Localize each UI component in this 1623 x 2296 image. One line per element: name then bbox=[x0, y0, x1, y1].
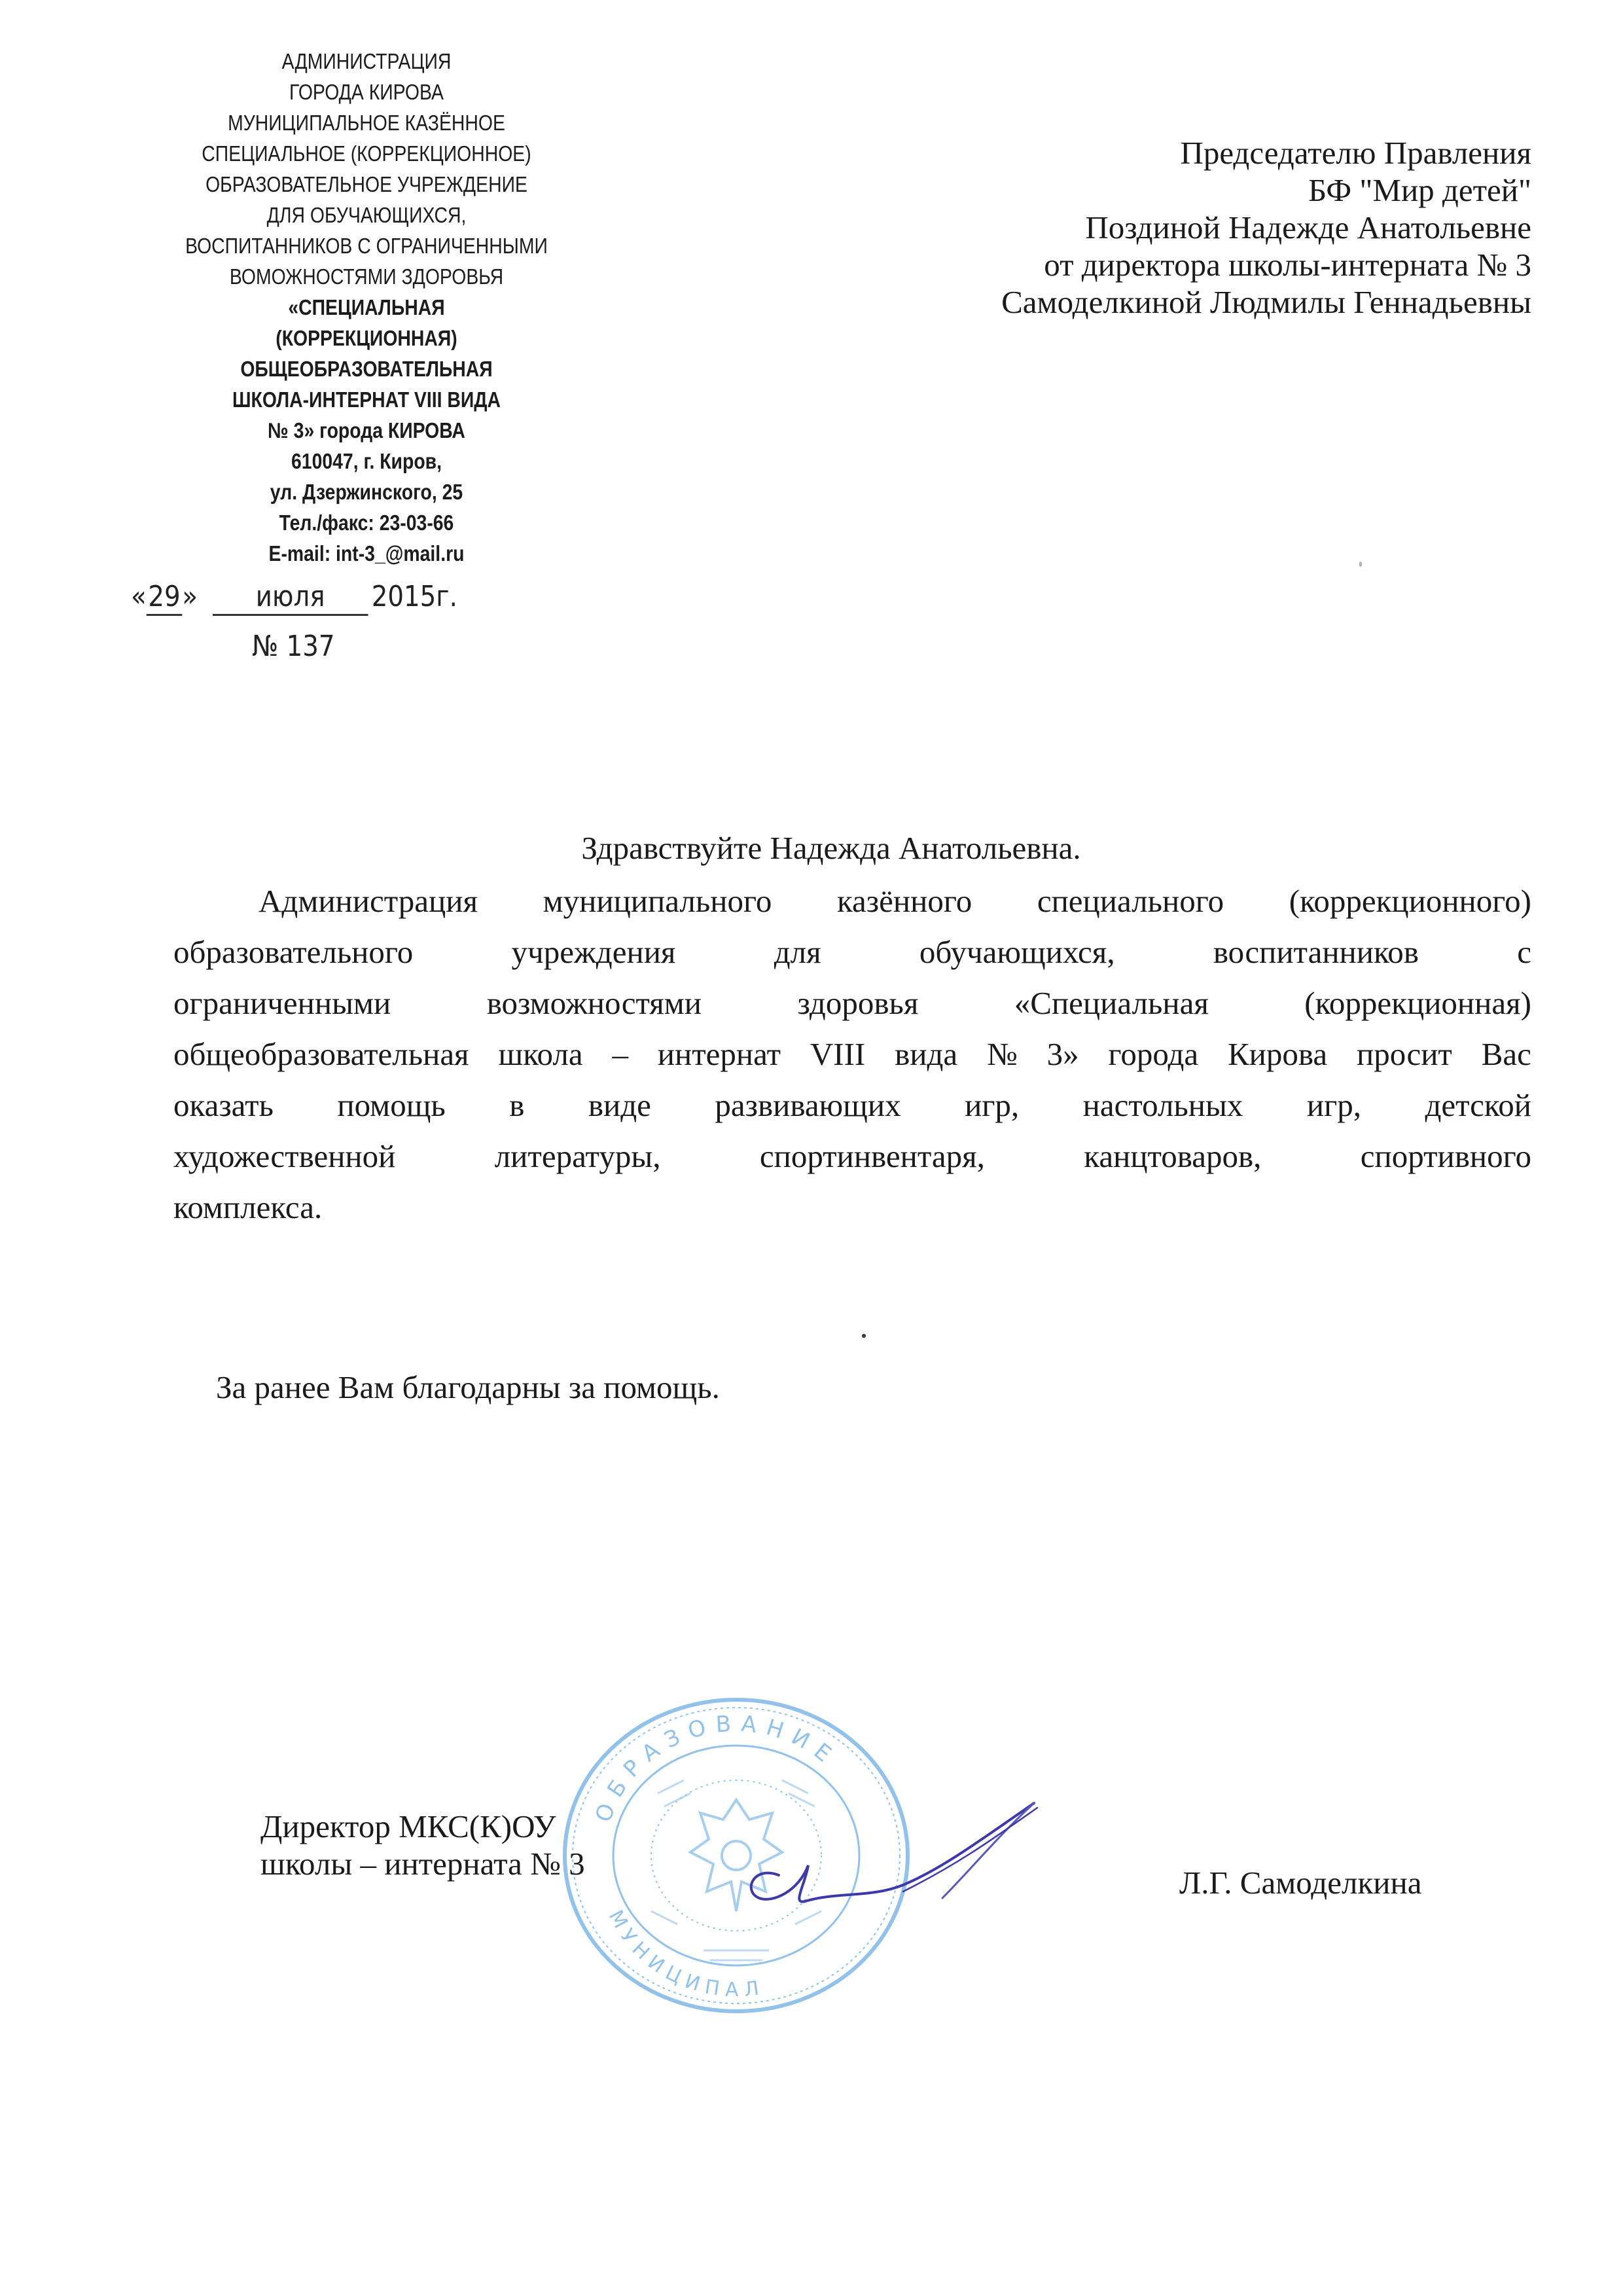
body-word: «Специальная bbox=[1014, 978, 1209, 1029]
body-word: спортивного bbox=[1361, 1131, 1531, 1182]
greeting: Здравствуйте Надежда Анатольевна. bbox=[0, 829, 1623, 868]
addressee-line: Председателю Правления bbox=[811, 134, 1531, 171]
body-word: литературы, bbox=[495, 1131, 661, 1182]
letterhead-line: ОБРАЗОВАТЕЛЬНОЕ УЧРЕЖДЕНИЕ bbox=[135, 169, 597, 200]
body-word: просит bbox=[1357, 1029, 1452, 1080]
body-word: в bbox=[509, 1080, 524, 1131]
body-word: VIII bbox=[810, 1029, 865, 1080]
signatory-name: Л.Г. Самоделкина bbox=[1179, 1864, 1421, 1901]
body-word: ограниченными bbox=[173, 978, 391, 1029]
letterhead-line: ВОМОЖНОСТЯМИ ЗДОРОВЬЯ bbox=[135, 261, 597, 292]
addressee-line: БФ "Мир детей" bbox=[811, 171, 1531, 209]
body-word: детской bbox=[1425, 1080, 1531, 1131]
body-line: ограниченнымивозможностямиздоровья«Специ… bbox=[173, 978, 1531, 1029]
date-month: июля bbox=[213, 580, 368, 616]
body-word: спортинвентаря, bbox=[760, 1131, 985, 1182]
letterhead-school-name: «СПЕЦИАЛЬНАЯ bbox=[135, 292, 597, 323]
body-line: оказатьпомощьввидеразвивающихигр,настоль… bbox=[173, 1080, 1531, 1131]
letterhead-line: ВОСПИТАННИКОВ С ОГРАНИЧЕННЫМИ bbox=[135, 230, 597, 261]
body-word: муниципального bbox=[543, 876, 772, 927]
body-word: казённого bbox=[837, 876, 972, 927]
letterhead-address: ул. Дзержинского, 25 bbox=[135, 476, 597, 507]
body-word: образовательного bbox=[173, 927, 413, 978]
date-year: 2015г. bbox=[372, 580, 457, 613]
letterhead-line: ДЛЯ ОБУЧАЮЩИХСЯ, bbox=[135, 200, 597, 230]
signatory-title-line-2: школы – интерната № 3 bbox=[260, 1845, 585, 1882]
signatory-title-line-1: Директор МКС(К)ОУ bbox=[260, 1808, 585, 1845]
document-date: «29»июля2015г. bbox=[131, 577, 457, 617]
body-word: вида bbox=[895, 1029, 957, 1080]
body-word: учреждения bbox=[512, 927, 676, 978]
body-word: здоровья bbox=[797, 978, 918, 1029]
body-word: специального bbox=[1037, 876, 1224, 927]
closing-thanks: За ранее Вам благодарны за помощь. bbox=[216, 1368, 720, 1407]
scan-speck bbox=[1359, 562, 1362, 567]
addressee-line: Самоделкиной Людмилы Геннадьевны bbox=[811, 283, 1531, 321]
letterhead-email: E-mail: int-3_@mail.ru bbox=[135, 538, 597, 569]
body-word: виде bbox=[588, 1080, 651, 1131]
body-line: образовательногоучреждениядляобучающихся… bbox=[173, 927, 1531, 978]
body-word: воспитанников bbox=[1213, 927, 1419, 978]
handwritten-signature-icon bbox=[707, 1793, 1047, 1924]
letterhead-school-name: ОБЩЕОБРАЗОВАТЕЛЬНАЯ bbox=[135, 353, 597, 384]
letter-body: Администрациямуниципальногоказённогоспец… bbox=[173, 876, 1531, 1233]
letterhead-school-name: № 3» города КИРОВА bbox=[135, 415, 597, 446]
letterhead-phone: Тел./факс: 23-03-66 bbox=[135, 507, 597, 538]
letterhead-line: МУНИЦИПАЛЬНОЕ КАЗЁННОЕ bbox=[135, 107, 597, 138]
body-word: возможностями bbox=[487, 978, 702, 1029]
body-word: (коррекционного) bbox=[1289, 876, 1531, 927]
body-word: Администрация bbox=[259, 876, 478, 927]
body-word: (коррекционная) bbox=[1304, 978, 1531, 1029]
body-word: помощь bbox=[337, 1080, 445, 1131]
body-line: комплекса. bbox=[173, 1182, 1531, 1233]
body-word: настольных bbox=[1083, 1080, 1243, 1131]
body-word: для bbox=[774, 927, 821, 978]
body-word: школа bbox=[498, 1029, 582, 1080]
date-open-quote: « bbox=[131, 580, 147, 613]
body-word: интернат bbox=[658, 1029, 781, 1080]
addressee-block: Председателю Правления БФ "Мир детей" По… bbox=[811, 134, 1531, 321]
signatory-title: Директор МКС(К)ОУ школы – интерната № 3 bbox=[260, 1808, 585, 1882]
letterhead-school-name: ШКОЛА-ИНТЕРНАТ VIII ВИДА bbox=[135, 384, 597, 415]
body-word: развивающих bbox=[715, 1080, 901, 1131]
scan-speck bbox=[862, 1334, 866, 1338]
body-line: общеобразовательнаяшкола–интернатVIIIвид… bbox=[173, 1029, 1531, 1080]
body-line: художественнойлитературы,спортинвентаря,… bbox=[173, 1131, 1531, 1182]
letterhead-line: СПЕЦИАЛЬНОЕ (КОРРЕКЦИОННОЕ) bbox=[135, 138, 597, 169]
document-number: № 137 bbox=[252, 627, 334, 666]
body-word: художественной bbox=[173, 1131, 395, 1182]
addressee-line: Поздиной Надежде Анатольевне bbox=[811, 209, 1531, 246]
body-line: Администрациямуниципальногоказённогоспец… bbox=[173, 876, 1531, 927]
body-word: Кирова bbox=[1228, 1029, 1327, 1080]
body-word: – bbox=[612, 1029, 628, 1080]
body-word: 3» bbox=[1047, 1029, 1079, 1080]
body-word: с bbox=[1517, 927, 1531, 978]
body-word: оказать bbox=[173, 1080, 274, 1131]
body-word: города bbox=[1108, 1029, 1198, 1080]
letterhead: АДМИНИСТРАЦИЯ ГОРОДА КИРОВА МУНИЦИПАЛЬНО… bbox=[135, 46, 597, 569]
body-word: Вас bbox=[1482, 1029, 1531, 1080]
body-word: № bbox=[987, 1029, 1018, 1080]
body-word: игр, bbox=[965, 1080, 1019, 1131]
body-word: игр, bbox=[1307, 1080, 1361, 1131]
letterhead-line: АДМИНИСТРАЦИЯ bbox=[135, 46, 597, 77]
body-word: общеобразовательная bbox=[173, 1029, 469, 1080]
letterhead-school-name: (КОРРЕКЦИОННАЯ) bbox=[135, 323, 597, 353]
addressee-line: от директора школы-интерната № 3 bbox=[811, 246, 1531, 283]
date-close-quote: » bbox=[182, 580, 198, 613]
letterhead-address: 610047, г. Киров, bbox=[135, 446, 597, 476]
body-word: канцтоваров, bbox=[1084, 1131, 1261, 1182]
date-day: 29 bbox=[147, 580, 183, 616]
body-word: обучающихся, bbox=[919, 927, 1115, 978]
letterhead-line: ГОРОДА КИРОВА bbox=[135, 77, 597, 107]
